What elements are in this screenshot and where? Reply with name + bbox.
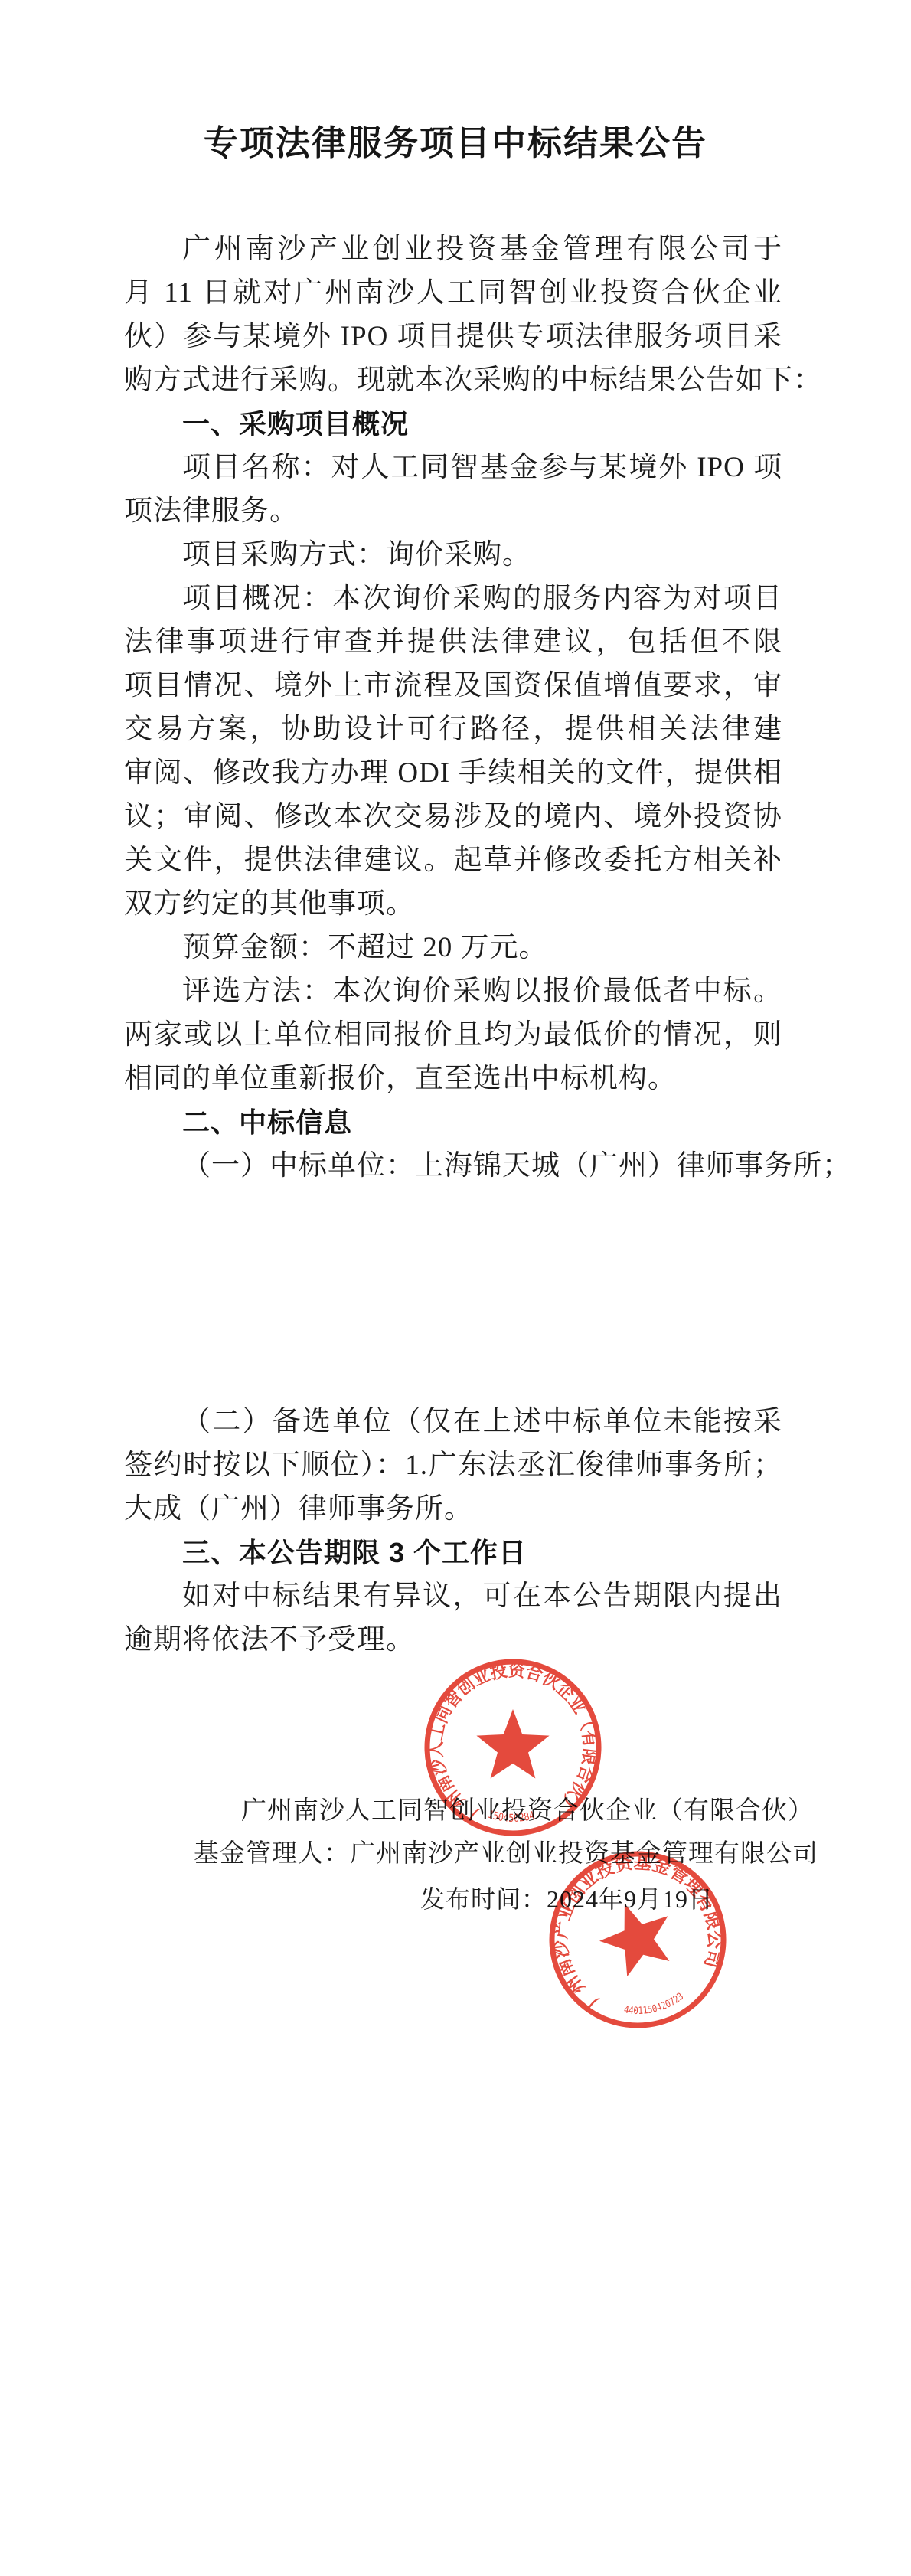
body-line: （二）备选单位（仅在上述中标单位未能按采购要求 [124,1400,782,1443]
seal-code-text: 150450284 [486,1809,536,1825]
body-line: 购方式进行采购。现就本次采购的中标结果公告如下： [124,358,782,402]
page-title: 专项法律服务项目中标结果公告 [0,115,911,165]
body-line: 项目名称：对人工同智基金参与某境外 IPO 项目提供专 [124,446,782,489]
body-line: 议；审阅、修改本次交易涉及的境内、境外投资协议及相 [124,795,782,839]
star-icon [590,1891,682,1982]
blank-gap [124,1188,782,1400]
body-line: （一）中标单位：上海锦天城（广州）律师事务所； [124,1144,782,1188]
body-line: 项目采购方式：询价采购。 [124,533,782,577]
body-line: 月 11 日就对广州南沙人工同智创业投资合伙企业（有限合 [124,271,782,315]
body-line: 签约时按以下顺位）：1.广东法丞汇俊律师事务所；2.北京 [124,1443,782,1487]
document-body: 广州南沙产业创业投资基金管理有限公司于 2024 年 9 月 11 日就对广州南… [124,227,782,1662]
svg-text:150450284: 150450284 [486,1809,536,1825]
body-line: 预算金额：不超过 20 万元。 [124,926,782,969]
section-heading-1: 一、采购项目概况 [124,402,782,446]
body-line: 两家或以上单位相同报价且均为最低价的情况，则由报价 [124,1013,782,1057]
body-line: 评选方法：本次询价采购以报价最低者中标。如出现 [124,969,782,1013]
body-line: 审阅、修改我方办理 ODI 手续相关的文件，提供相关法律建 [124,751,782,795]
body-line: 伙）参与某境外 IPO 项目提供专项法律服务项目采用询价采 [124,315,782,358]
star-icon [476,1709,549,1779]
body-line: 法律事项进行审查并提供法律建议，包括但不限于：根据 [124,620,782,664]
body-line: 如对中标结果有异议，可在本公告期限内提出质疑， [124,1574,782,1618]
body-line: 项目情况、境外上市流程及国资保值增值要求，审阅整体 [124,664,782,708]
body-line: 项目概况：本次询价采购的服务内容为对项目涉及的 [124,577,782,620]
section-heading-2: 二、中标信息 [124,1100,782,1144]
body-line: 项法律服务。 [124,489,782,533]
body-line: 相同的单位重新报价，直至选出中标机构。 [124,1057,782,1100]
document-page: 专项法律服务项目中标结果公告 广州南沙产业创业投资基金管理有限公司于 2024 … [0,0,911,2576]
body-line: 交易方案，协助设计可行路径，提供相关法律建议；协助 [124,708,782,751]
body-line: 双方约定的其他事项。 [124,882,782,926]
body-line: 广州南沙产业创业投资基金管理有限公司于 2024 年 9 [124,227,782,271]
section-heading-3: 三、本公告期限 3 个工作日 [124,1531,782,1574]
official-seal-partnership: 广州南沙人工同智创业投资合伙企业（有限合伙） 150450284 [413,1648,612,1847]
body-line: 大成（广州）律师事务所。 [124,1487,782,1531]
body-line: 关文件，提供法律建议。起草并修改委托方相关补充协议； [124,839,782,882]
